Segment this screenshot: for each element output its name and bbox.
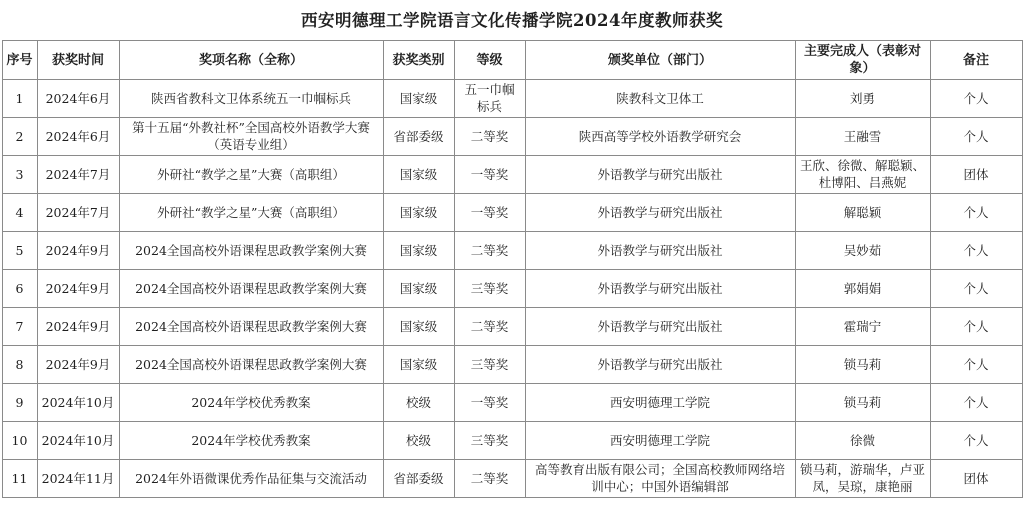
table-cell: 外语教学与研究出版社 [525, 156, 795, 194]
table-cell: 2024年9月 [37, 270, 119, 308]
table-cell: 个人 [930, 422, 1022, 460]
table-row: 32024年7月外研社“教学之星”大赛（高职组）国家级一等奖外语教学与研究出版社… [2, 156, 1022, 194]
table-row: 22024年6月第十五届“外教社杯”全国高校外语教学大赛（英语专业组）省部委级二… [2, 118, 1022, 156]
table-body: 12024年6月陕西省教科文卫体系统五一巾帼标兵国家级五一巾帼标兵陕教科文卫体工… [2, 80, 1022, 498]
table-cell: 一等奖 [454, 384, 525, 422]
column-header: 主要完成人（表彰对象） [795, 41, 930, 80]
table-cell: 2 [2, 118, 37, 156]
table-cell: 吴妙茹 [795, 232, 930, 270]
table-cell: 团体 [930, 156, 1022, 194]
table-cell: 徐微 [795, 422, 930, 460]
table-cell: 国家级 [383, 308, 454, 346]
table-cell: 国家级 [383, 270, 454, 308]
table-cell: 锁马莉 [795, 346, 930, 384]
table-cell: 个人 [930, 118, 1022, 156]
table-cell: 个人 [930, 384, 1022, 422]
awards-table: 序号获奖时间奖项名称（全称）获奖类别等级颁奖单位（部门）主要完成人（表彰对象）备… [2, 40, 1023, 498]
table-cell: 省部委级 [383, 118, 454, 156]
table-cell: 8 [2, 346, 37, 384]
table-cell: 霍瑞宁 [795, 308, 930, 346]
table-cell: 国家级 [383, 80, 454, 118]
table-cell: 2024全国高校外语课程思政教学案例大赛 [119, 232, 383, 270]
table-row: 12024年6月陕西省教科文卫体系统五一巾帼标兵国家级五一巾帼标兵陕教科文卫体工… [2, 80, 1022, 118]
table-cell: 一等奖 [454, 156, 525, 194]
table-cell: 外语教学与研究出版社 [525, 308, 795, 346]
table-cell: 2024全国高校外语课程思政教学案例大赛 [119, 270, 383, 308]
table-cell: 五一巾帼标兵 [454, 80, 525, 118]
table-cell: 5 [2, 232, 37, 270]
table-cell: 二等奖 [454, 460, 525, 498]
table-cell: 锁马莉 [795, 384, 930, 422]
table-cell: 省部委级 [383, 460, 454, 498]
table-row: 102024年10月2024年学校优秀教案校级三等奖西安明德理工学院徐微个人 [2, 422, 1022, 460]
column-header: 获奖时间 [37, 41, 119, 80]
table-cell: 个人 [930, 346, 1022, 384]
table-cell: 二等奖 [454, 232, 525, 270]
table-cell: 2024年7月 [37, 194, 119, 232]
table-cell: 陕西省教科文卫体系统五一巾帼标兵 [119, 80, 383, 118]
table-cell: 国家级 [383, 194, 454, 232]
table-cell: 2024全国高校外语课程思政教学案例大赛 [119, 308, 383, 346]
table-cell: 个人 [930, 232, 1022, 270]
column-header: 奖项名称（全称） [119, 41, 383, 80]
table-cell: 个人 [930, 80, 1022, 118]
table-cell: 王融雪 [795, 118, 930, 156]
table-cell: 2024年6月 [37, 80, 119, 118]
table-cell: 王欣、徐微、解聪颖、杜博阳、吕燕妮 [795, 156, 930, 194]
table-cell: 陕西高等学校外语教学研究会 [525, 118, 795, 156]
table-row: 72024年9月2024全国高校外语课程思政教学案例大赛国家级二等奖外语教学与研… [2, 308, 1022, 346]
column-header: 备注 [930, 41, 1022, 80]
table-cell: 一等奖 [454, 194, 525, 232]
table-cell: 9 [2, 384, 37, 422]
table-cell: 2024年7月 [37, 156, 119, 194]
table-row: 62024年9月2024全国高校外语课程思政教学案例大赛国家级三等奖外语教学与研… [2, 270, 1022, 308]
table-cell: 国家级 [383, 346, 454, 384]
table-cell: 2024年学校优秀教案 [119, 422, 383, 460]
table-cell: 2024年9月 [37, 308, 119, 346]
table-cell: 解聪颖 [795, 194, 930, 232]
table-cell: 外语教学与研究出版社 [525, 346, 795, 384]
table-row: 112024年11月2024年外语微课优秀作品征集与交流活动省部委级二等奖高等教… [2, 460, 1022, 498]
header-row: 序号获奖时间奖项名称（全称）获奖类别等级颁奖单位（部门）主要完成人（表彰对象）备… [2, 41, 1022, 80]
table-cell: 外研社“教学之星”大赛（高职组） [119, 194, 383, 232]
table-row: 42024年7月外研社“教学之星”大赛（高职组）国家级一等奖外语教学与研究出版社… [2, 194, 1022, 232]
table-cell: 陕教科文卫体工 [525, 80, 795, 118]
table-cell: 国家级 [383, 232, 454, 270]
table-cell: 二等奖 [454, 118, 525, 156]
table-cell: 个人 [930, 270, 1022, 308]
table-cell: 国家级 [383, 156, 454, 194]
table-cell: 1 [2, 80, 37, 118]
table-cell: 6 [2, 270, 37, 308]
table-cell: 2024年6月 [37, 118, 119, 156]
table-cell: 7 [2, 308, 37, 346]
table-cell: 个人 [930, 194, 1022, 232]
column-header: 颁奖单位（部门） [525, 41, 795, 80]
table-cell: 高等教育出版有限公司；全国高校教师网络培训中心；中国外语编辑部 [525, 460, 795, 498]
table-cell: 郭娟娟 [795, 270, 930, 308]
table-cell: 2024年10月 [37, 384, 119, 422]
table-cell: 外语教学与研究出版社 [525, 194, 795, 232]
column-header: 等级 [454, 41, 525, 80]
table-cell: 2024年10月 [37, 422, 119, 460]
table-cell: 三等奖 [454, 346, 525, 384]
table-cell: 2024全国高校外语课程思政教学案例大赛 [119, 346, 383, 384]
table-cell: 2024年11月 [37, 460, 119, 498]
table-row: 82024年9月2024全国高校外语课程思政教学案例大赛国家级三等奖外语教学与研… [2, 346, 1022, 384]
table-cell: 团体 [930, 460, 1022, 498]
table-header: 序号获奖时间奖项名称（全称）获奖类别等级颁奖单位（部门）主要完成人（表彰对象）备… [2, 41, 1022, 80]
table-cell: 外语教学与研究出版社 [525, 232, 795, 270]
table-cell: 11 [2, 460, 37, 498]
table-cell: 校级 [383, 384, 454, 422]
table-cell: 3 [2, 156, 37, 194]
table-cell: 2024年9月 [37, 346, 119, 384]
table-cell: 二等奖 [454, 308, 525, 346]
table-cell: 西安明德理工学院 [525, 384, 795, 422]
table-cell: 外研社“教学之星”大赛（高职组） [119, 156, 383, 194]
table-cell: 2024年外语微课优秀作品征集与交流活动 [119, 460, 383, 498]
page-title: 西安明德理工学院语言文化传播学院2024年度教师获奖 [0, 7, 1024, 31]
table-cell: 第十五届“外教社杯”全国高校外语教学大赛（英语专业组） [119, 118, 383, 156]
column-header: 序号 [2, 41, 37, 80]
table-cell: 三等奖 [454, 270, 525, 308]
table-cell: 校级 [383, 422, 454, 460]
table-cell: 2024年9月 [37, 232, 119, 270]
table-cell: 西安明德理工学院 [525, 422, 795, 460]
table-cell: 4 [2, 194, 37, 232]
table-cell: 10 [2, 422, 37, 460]
table-cell: 2024年学校优秀教案 [119, 384, 383, 422]
table-cell: 三等奖 [454, 422, 525, 460]
table-cell: 个人 [930, 308, 1022, 346]
table-row: 92024年10月2024年学校优秀教案校级一等奖西安明德理工学院锁马莉个人 [2, 384, 1022, 422]
table-cell: 锁马莉，游瑞华，卢亚凤，吴琼，康艳丽 [795, 460, 930, 498]
table-row: 52024年9月2024全国高校外语课程思政教学案例大赛国家级二等奖外语教学与研… [2, 232, 1022, 270]
column-header: 获奖类别 [383, 41, 454, 80]
table-cell: 刘勇 [795, 80, 930, 118]
table-cell: 外语教学与研究出版社 [525, 270, 795, 308]
